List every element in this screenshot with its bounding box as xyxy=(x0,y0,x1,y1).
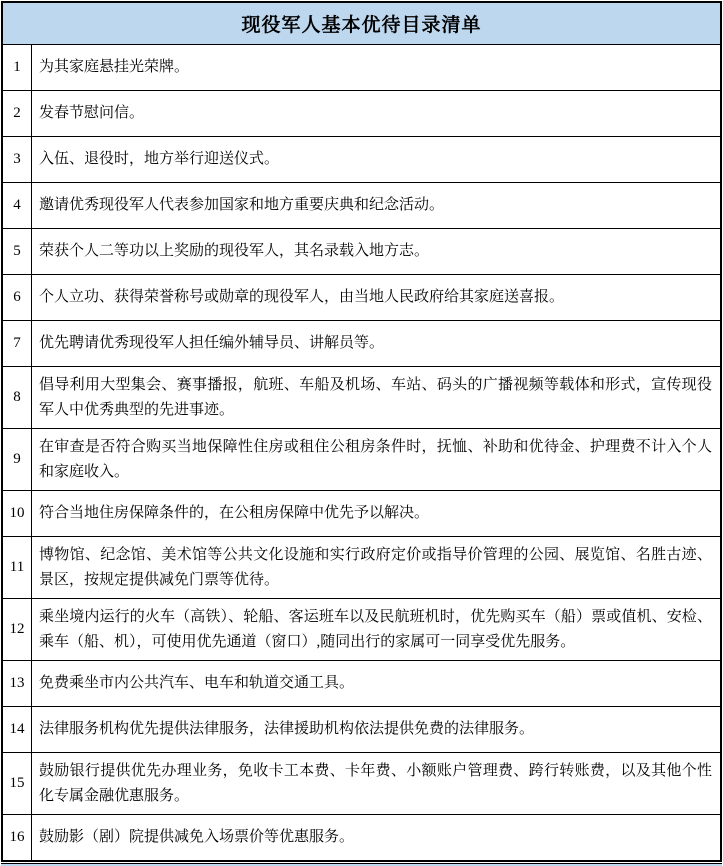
row-number: 14 xyxy=(3,707,32,752)
table-row: 5 荣获个人二等功以上奖励的现役军人，其名录载入地方志。 xyxy=(3,229,720,275)
row-number: 8 xyxy=(3,367,32,428)
row-number: 16 xyxy=(3,815,32,860)
table-row: 6 个人立功、获得荣誉称号或勋章的现役军人，由当地人民政府给其家庭送喜报。 xyxy=(3,275,720,321)
row-text: 入伍、退役时，地方举行迎送仪式。 xyxy=(39,147,712,172)
table-row: 14 法律服务机构优先提供法律服务，法律援助机构依法提供免费的法律服务。 xyxy=(3,707,720,753)
row-number: 15 xyxy=(3,753,32,814)
row-number: 4 xyxy=(3,183,32,228)
table-row: 2 发春节慰问信。 xyxy=(3,91,720,137)
row-text: 优先聘请优秀现役军人担任编外辅导员、讲解员等。 xyxy=(39,331,712,356)
row-text-cell: 符合当地住房保障条件的，在公租房保障中优先予以解决。 xyxy=(32,491,720,536)
row-text: 个人立功、获得荣誉称号或勋章的现役军人，由当地人民政府给其家庭送喜报。 xyxy=(39,285,712,310)
row-number: 1 xyxy=(3,45,32,90)
row-text: 法律服务机构优先提供法律服务，法律援助机构依法提供免费的法律服务。 xyxy=(39,717,712,742)
row-number: 7 xyxy=(3,321,32,366)
row-text: 博物馆、纪念馆、美术馆等公共文化设施和实行政府定价或指导价管理的公园、展览馆、名… xyxy=(39,543,712,593)
row-text-cell: 免费乘坐市内公共汽车、电车和轨道交通工具。 xyxy=(32,661,720,706)
row-text-cell: 博物馆、纪念馆、美术馆等公共文化设施和实行政府定价或指导价管理的公园、展览馆、名… xyxy=(32,537,720,598)
table-row: 11 博物馆、纪念馆、美术馆等公共文化设施和实行政府定价或指导价管理的公园、展览… xyxy=(3,537,720,599)
table-row: 16 鼓励影（剧）院提供减免入场票价等优惠服务。 xyxy=(3,815,720,860)
row-text: 鼓励影（剧）院提供减免入场票价等优惠服务。 xyxy=(39,825,712,850)
row-number: 2 xyxy=(3,91,32,136)
table-title: 现役军人基本优待目录清单 xyxy=(3,3,720,45)
row-number: 5 xyxy=(3,229,32,274)
row-number: 11 xyxy=(3,537,32,598)
row-text: 倡导利用大型集会、赛事播报，航班、车船及机场、车站、码头的广播视频等载体和形式，… xyxy=(39,373,712,423)
row-number: 10 xyxy=(3,491,32,536)
row-text: 在审查是否符合购买当地保障性住房或租住公租房条件时，抚恤、补助和优待金、护理费不… xyxy=(39,435,712,485)
row-text-cell: 邀请优秀现役军人代表参加国家和地方重要庆典和纪念活动。 xyxy=(32,183,720,228)
table-row: 15 鼓励银行提供优先办理业务，免收卡工本费、卡年费、小额账户管理费、跨行转账费… xyxy=(3,753,720,815)
row-text-cell: 倡导利用大型集会、赛事播报，航班、车船及机场、车站、码头的广播视频等载体和形式，… xyxy=(32,367,720,428)
table-row: 10 符合当地住房保障条件的，在公租房保障中优先予以解决。 xyxy=(3,491,720,537)
row-number: 3 xyxy=(3,137,32,182)
table-row: 1 为其家庭悬挂光荣牌。 xyxy=(3,45,720,91)
row-number: 6 xyxy=(3,275,32,320)
row-text: 免费乘坐市内公共汽车、电车和轨道交通工具。 xyxy=(39,671,712,696)
row-text: 符合当地住房保障条件的，在公租房保障中优先予以解决。 xyxy=(39,501,712,526)
row-text-cell: 鼓励影（剧）院提供减免入场票价等优惠服务。 xyxy=(32,815,720,860)
table-row: 12 乘坐境内运行的火车（高铁）、轮船、客运班车以及民航班机时，优先购买车（船）… xyxy=(3,599,720,661)
row-text: 乘坐境内运行的火车（高铁）、轮船、客运班车以及民航班机时，优先购买车（船）票或值… xyxy=(39,605,712,655)
row-text-cell: 个人立功、获得荣誉称号或勋章的现役军人，由当地人民政府给其家庭送喜报。 xyxy=(32,275,720,320)
row-text-cell: 荣获个人二等功以上奖励的现役军人，其名录载入地方志。 xyxy=(32,229,720,274)
table-row: 3 入伍、退役时，地方举行迎送仪式。 xyxy=(3,137,720,183)
row-text: 为其家庭悬挂光荣牌。 xyxy=(39,55,712,80)
row-text: 鼓励银行提供优先办理业务，免收卡工本费、卡年费、小额账户管理费、跨行转账费，以及… xyxy=(39,759,712,809)
table-row: 9 在审查是否符合购买当地保障性住房或租住公租房条件时，抚恤、补助和优待金、护理… xyxy=(3,429,720,491)
row-text-cell: 法律服务机构优先提供法律服务，法律援助机构依法提供免费的法律服务。 xyxy=(32,707,720,752)
row-text-cell: 为其家庭悬挂光荣牌。 xyxy=(32,45,720,90)
row-text: 邀请优秀现役军人代表参加国家和地方重要庆典和纪念活动。 xyxy=(39,193,712,218)
row-text-cell: 入伍、退役时，地方举行迎送仪式。 xyxy=(32,137,720,182)
row-text: 发春节慰问信。 xyxy=(39,101,712,126)
row-text-cell: 在审查是否符合购买当地保障性住房或租住公租房条件时，抚恤、补助和优待金、护理费不… xyxy=(32,429,720,490)
row-number: 9 xyxy=(3,429,32,490)
table-row: 8 倡导利用大型集会、赛事播报，航班、车船及机场、车站、码头的广播视频等载体和形… xyxy=(3,367,720,429)
benefits-table: 现役军人基本优待目录清单 1 为其家庭悬挂光荣牌。 2 发春节慰问信。 3 入伍… xyxy=(1,1,722,862)
row-text: 荣获个人二等功以上奖励的现役军人，其名录载入地方志。 xyxy=(39,239,712,264)
row-text-cell: 鼓励银行提供优先办理业务，免收卡工本费、卡年费、小额账户管理费、跨行转账费，以及… xyxy=(32,753,720,814)
row-text-cell: 优先聘请优秀现役军人担任编外辅导员、讲解员等。 xyxy=(32,321,720,366)
table-row: 4 邀请优秀现役军人代表参加国家和地方重要庆典和纪念活动。 xyxy=(3,183,720,229)
table-row: 13 免费乘坐市内公共汽车、电车和轨道交通工具。 xyxy=(3,661,720,707)
row-text-cell: 乘坐境内运行的火车（高铁）、轮船、客运班车以及民航班机时，优先购买车（船）票或值… xyxy=(32,599,720,660)
table-row: 7 优先聘请优秀现役军人担任编外辅导员、讲解员等。 xyxy=(3,321,720,367)
row-number: 13 xyxy=(3,661,32,706)
row-text-cell: 发春节慰问信。 xyxy=(32,91,720,136)
row-number: 12 xyxy=(3,599,32,660)
